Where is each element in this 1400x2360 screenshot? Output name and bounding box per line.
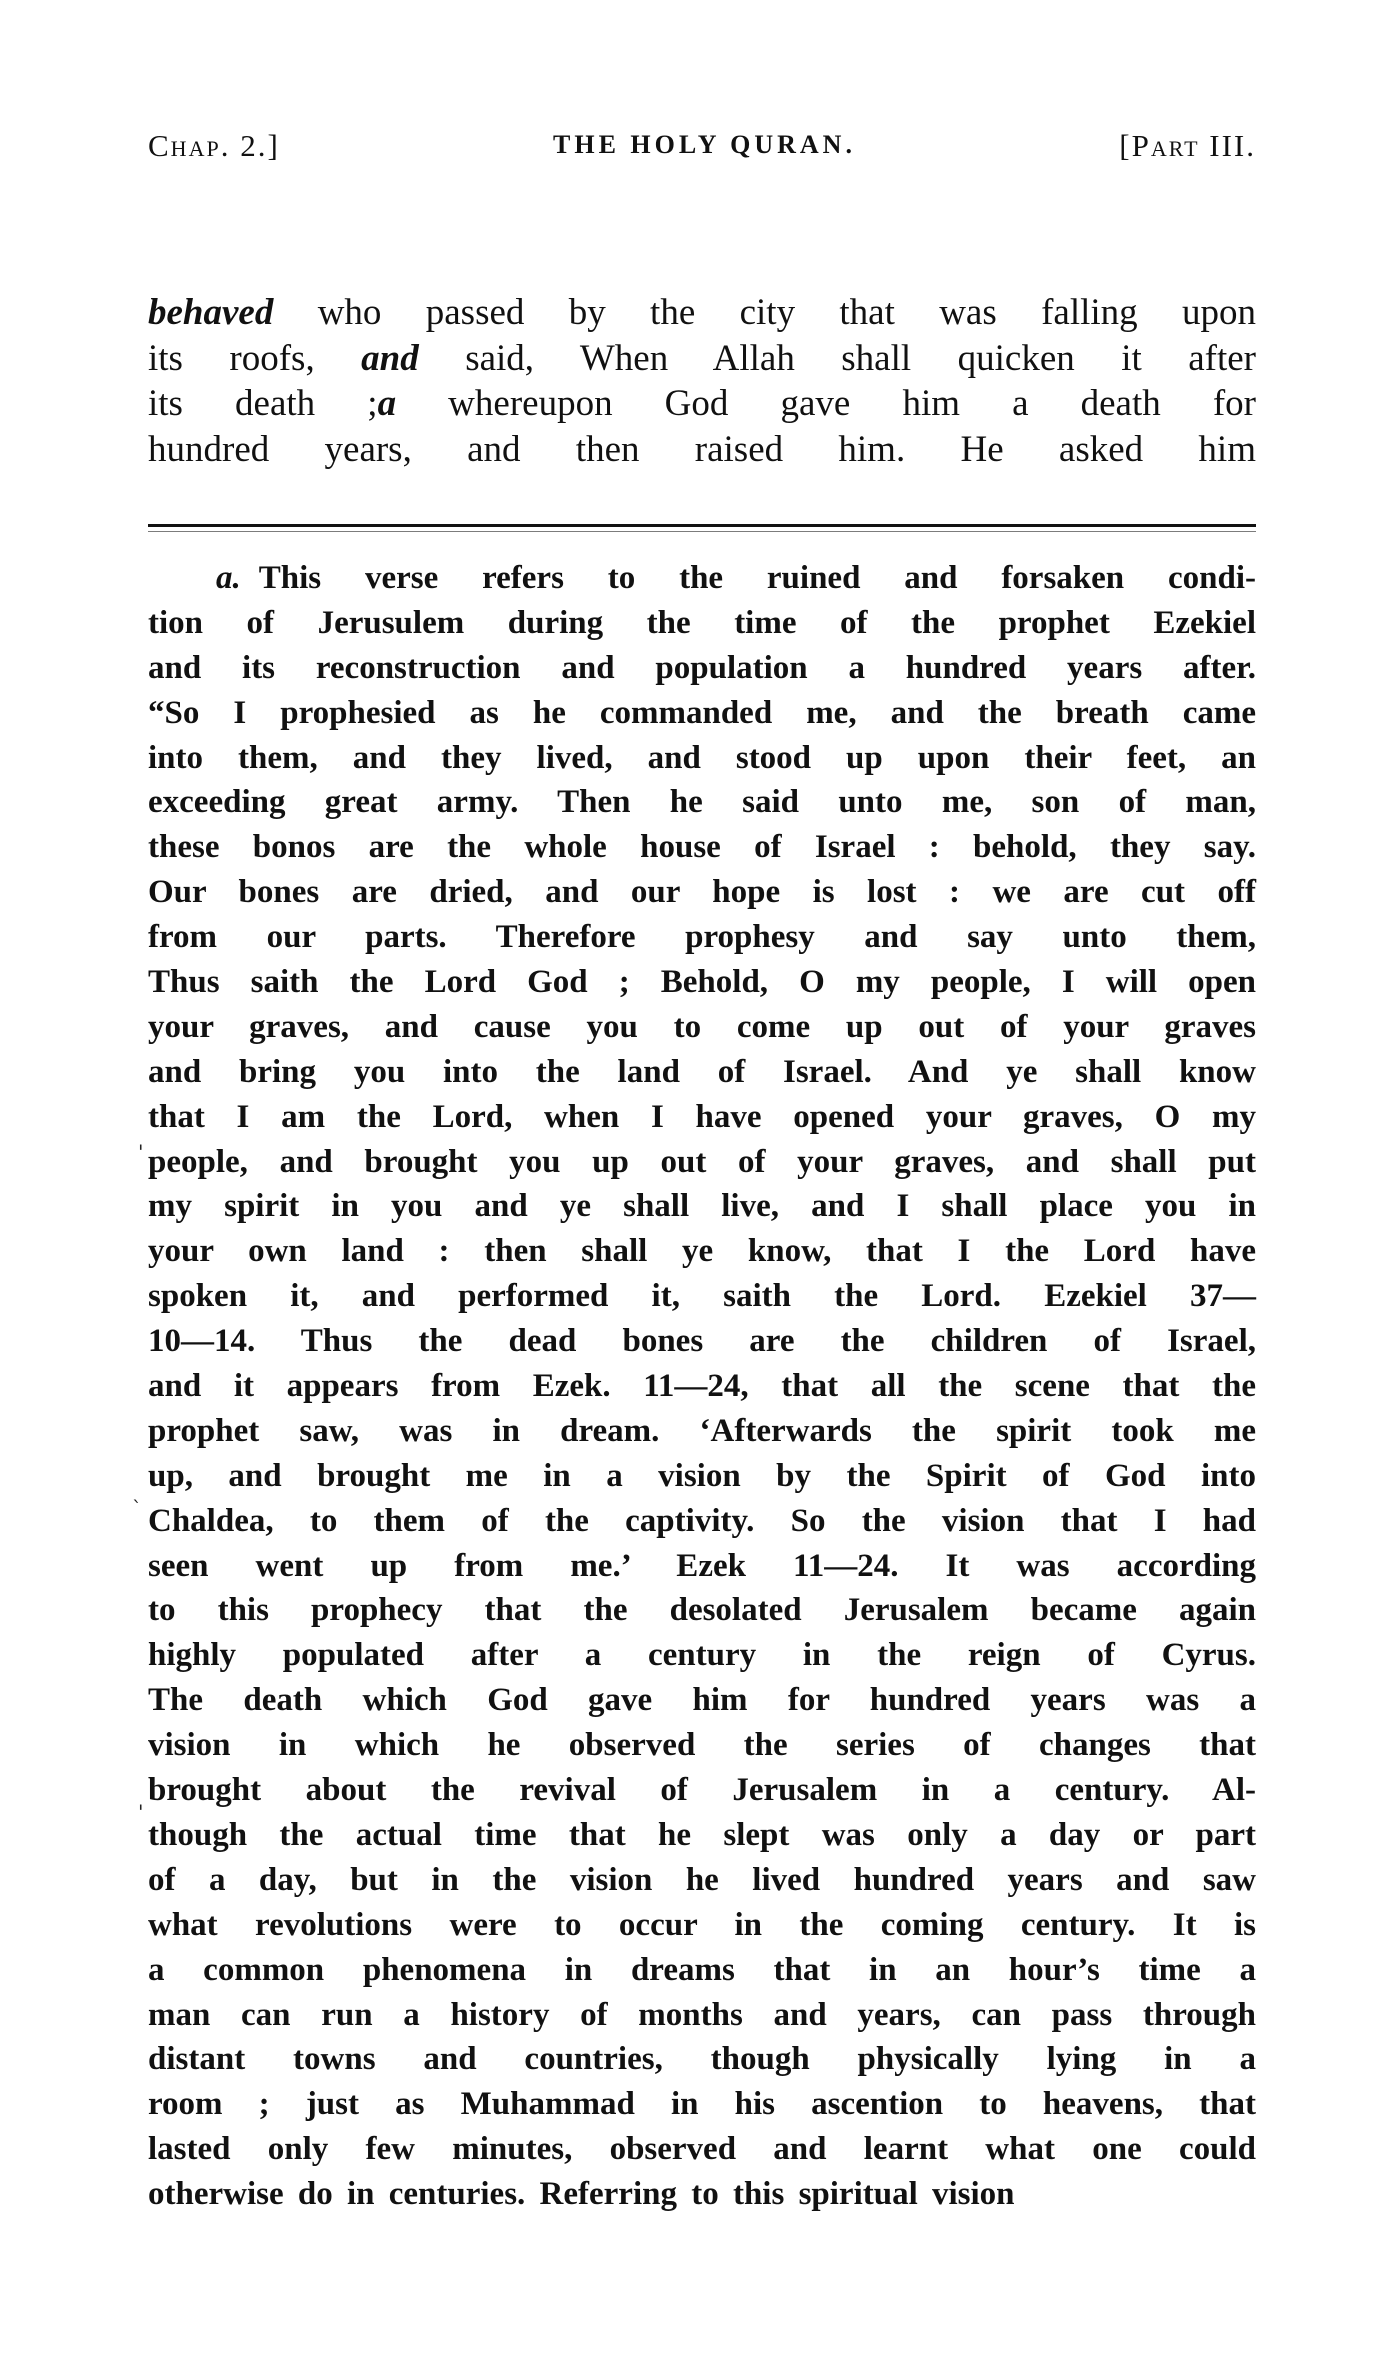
footnote-line: a common phenomena in dreams that in an … [148,1948,1256,1993]
footnote-line: prophet saw, was in dream. ‘Afterwards t… [148,1409,1256,1454]
footnote-line: room ; just as Muhammad in his ascention… [148,2082,1256,2127]
italic-word: and [361,338,419,379]
running-head: Chap. 2.] THE HOLY QURAN. [Part III. [148,128,1256,172]
footnote-line: lasted only few minutes, observed and le… [148,2127,1256,2172]
main-text-line: its roofs, and said, When Allah shall qu… [148,336,1256,382]
part-label: [Part III. [1119,128,1256,164]
print-speck: ' [138,1800,144,1824]
main-text-line: hundred years, and then raised him. He a… [148,427,1256,473]
footnote-line: tion of Jerusulem during the time of the… [148,601,1256,646]
print-speck: ` [132,1496,142,1520]
footnote-line: highly populated after a century in the … [148,1633,1256,1678]
footnote-line: The death which God gave him for hundred… [148,1678,1256,1723]
footnote-line: and bring you into the land of Israel. A… [148,1050,1256,1095]
chapter-label: Chap. 2.] [148,128,280,164]
footnote-line: a.This verse refers to the ruined and fo… [148,556,1256,601]
footnote-divider [148,524,1256,527]
footnote-line: into them, and they lived, and stood up … [148,736,1256,781]
main-text: behaved who passed by the city that was … [148,290,1256,472]
book-title: THE HOLY QURAN. [553,130,856,160]
footnote-reference: a [378,383,397,424]
footnote-line: that I am the Lord, when I have opened y… [148,1095,1256,1140]
footnote-line: from our parts. Therefore prophesy and s… [148,915,1256,960]
main-text-line: its death ;a whereupon God gave him a de… [148,381,1256,427]
footnote-line: man can run a history of months and year… [148,1993,1256,2038]
footnote-line: 10—14. Thus the dead bones are the child… [148,1319,1256,1364]
footnote-line: your graves, and cause you to come up ou… [148,1005,1256,1050]
footnote-line: seen went up from me.’ Ezek 11—24. It wa… [148,1544,1256,1589]
footnote-line: up, and brought me in a vision by the Sp… [148,1454,1256,1499]
footnote-line: to this prophecy that the desolated Jeru… [148,1588,1256,1633]
print-speck: ' [138,1140,144,1164]
footnote-line: “So I prophesied as he commanded me, and… [148,691,1256,736]
footnote-line: Chaldea, to them of the captivity. So th… [148,1499,1256,1544]
footnote-line: and it appears from Ezek. 11—24, that al… [148,1364,1256,1409]
footnote-line: your own land : then shall ye know, that… [148,1229,1256,1274]
footnote-line: my spirit in you and ye shall live, and … [148,1184,1256,1229]
footnote: a.This verse refers to the ruined and fo… [148,556,1256,2217]
footnote-line: vision in which he observed the series o… [148,1723,1256,1768]
footnote-line: and its reconstruction and population a … [148,646,1256,691]
main-text-line: behaved who passed by the city that was … [148,290,1256,336]
footnote-line: brought about the revival of Jerusalem i… [148,1768,1256,1813]
footnote-line: these bonos are the whole house of Israe… [148,825,1256,870]
footnote-line: what revolutions were to occur in the co… [148,1903,1256,1948]
footnote-line: distant towns and countries, though phys… [148,2037,1256,2082]
footnote-line: Thus saith the Lord God ; Behold, O my p… [148,960,1256,1005]
footnote-line: though the actual time that he slept was… [148,1813,1256,1858]
footnote-line: of a day, but in the vision he lived hun… [148,1858,1256,1903]
footnote-line: Our bones are dried, and our hope is los… [148,870,1256,915]
footnote-divider-secondary [148,531,1256,532]
footnote-marker: a. [216,560,241,596]
italic-word: behaved [148,292,273,333]
footnote-line: exceeding great army. Then he said unto … [148,780,1256,825]
footnote-line: people, and brought you up out of your g… [148,1140,1256,1185]
footnote-line: spoken it, and performed it, saith the L… [148,1274,1256,1319]
footnote-line: otherwise do in centuries. Referring to … [148,2172,1256,2217]
